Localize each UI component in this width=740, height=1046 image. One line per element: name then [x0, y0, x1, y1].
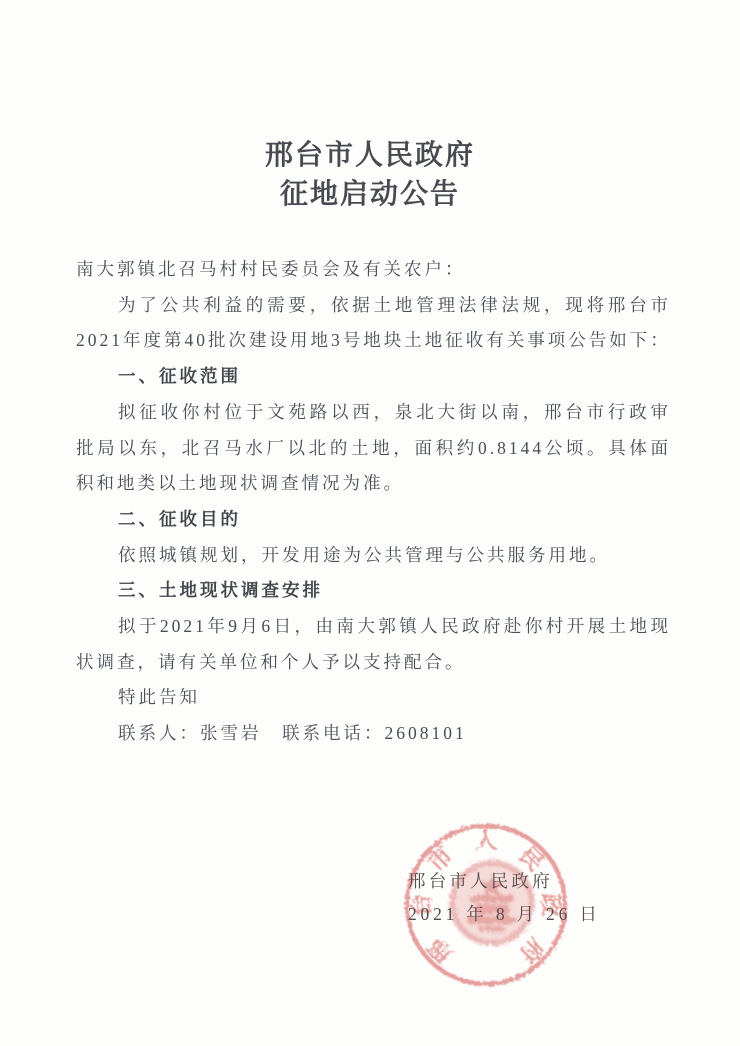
document-body: 南大郭镇北召马村村民委员会及有关农户： 为了公共利益的需要，依据土地管理法律法规…: [76, 252, 671, 752]
document-title-line1: 邢台市人民政府: [0, 136, 740, 175]
section-heading-3: 三、土地现状调查安排: [76, 573, 671, 609]
paragraph: 拟征收你村位于文苑路以西，泉北大街以南，邢台市行政审批局以东，北召马水厂以北的土…: [76, 395, 671, 502]
paragraph: 拟于2021年9月6日，由南大郭镇人民政府赴你村开展土地现状调查，请有关单位和个…: [76, 609, 671, 680]
svg-text:府: 府: [515, 934, 550, 969]
svg-text:人: 人: [475, 828, 498, 853]
document-title: 邢台市人民政府 征地启动公告: [0, 136, 740, 214]
paragraph: 依照城镇规划，开发用途为公共管理与公共服务用地。: [76, 538, 671, 574]
closing-line: 特此告知: [76, 680, 671, 716]
document-title-line2: 征地启动公告: [0, 175, 740, 214]
contact-line: 联系人：张雪岩 联系电话：2608101: [76, 716, 671, 752]
document-page: 邢台市人民政府 征地启动公告 南大郭镇北召马村村民委员会及有关农户： 为了公共利…: [0, 0, 740, 1046]
signature-issuer: 邢台市人民政府: [408, 865, 601, 898]
svg-text:邢: 邢: [423, 934, 457, 968]
signature-block: 邢台市人民政府 2021 年 8 月 26 日: [408, 865, 601, 931]
section-heading-2: 二、征收目的: [76, 502, 671, 538]
salutation: 南大郭镇北召马村村民委员会及有关农户：: [76, 252, 671, 288]
paragraph: 为了公共利益的需要，依据土地管理法律法规，现将邢台市2021年度第40批次建设用…: [76, 288, 671, 359]
section-heading-1: 一、征收范围: [76, 359, 671, 395]
signature-date: 2021 年 8 月 26 日: [408, 898, 601, 931]
